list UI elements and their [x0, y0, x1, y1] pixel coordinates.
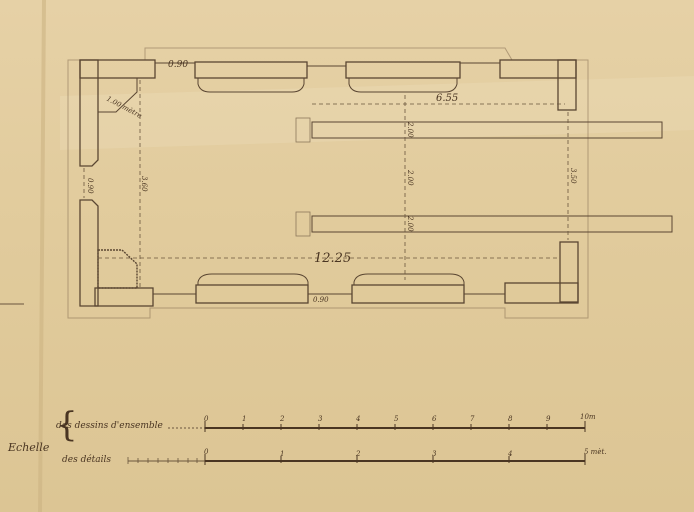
dim-axis-mid: 2.00: [406, 169, 414, 186]
tick-label: 4: [507, 450, 512, 458]
tick-label: 5: [394, 415, 399, 423]
tick-label: 0: [204, 415, 209, 423]
corner-room-bottom-left: [98, 250, 137, 288]
tick-label: 1: [280, 450, 284, 458]
floor-plan: 0.90 1.00 mètre 6.55 12.25 0.90 0.90 3.6…: [0, 0, 694, 512]
tick-label: 5 mèt.: [584, 448, 607, 456]
tick-label: 10m: [580, 413, 596, 421]
scale-details-label: des détails: [62, 455, 111, 465]
dim-top-window: 0.90: [168, 60, 188, 70]
tick-label: 3: [318, 415, 323, 423]
tick-label: 7: [470, 415, 475, 423]
tick-label: 6: [432, 415, 437, 423]
dim-bottom-opening: 0.90: [313, 296, 329, 304]
bench-lower: [312, 216, 672, 232]
tick-label: 8: [508, 415, 513, 423]
dim-inner-width: 6.55: [436, 93, 458, 104]
tick-label: 4: [355, 415, 360, 423]
tick-label: 1: [242, 415, 246, 423]
dim-axis-top: 2.00: [406, 121, 414, 138]
dim-left-height: 3.60: [140, 176, 148, 192]
fold-crease: [40, 0, 44, 512]
tick-label: 2: [355, 450, 361, 458]
scale-title: Echelle: [8, 441, 49, 454]
tick-label: 2: [279, 415, 285, 423]
scale-bar-ensemble: 0 1 2 3 4 5 6 7 8 9 10m: [168, 413, 596, 432]
dim-length: 12.25: [314, 251, 351, 266]
tick-label: 0: [204, 448, 209, 456]
scale-bar-details: 0 1 2 3 4 5 mèt.: [128, 448, 607, 465]
tick-label: 9: [546, 415, 551, 423]
dim-right-height: 3.50: [569, 168, 577, 184]
drawing-sheet: 0.90 1.00 mètre 6.55 12.25 0.90 0.90 3.6…: [0, 0, 694, 512]
tick-label: 3: [432, 450, 437, 458]
dim-axis-low: 2.00: [406, 215, 414, 232]
dim-left-door: 0.90: [86, 178, 94, 194]
scale-ensemble-label: des dessins d'ensemble: [56, 421, 163, 431]
